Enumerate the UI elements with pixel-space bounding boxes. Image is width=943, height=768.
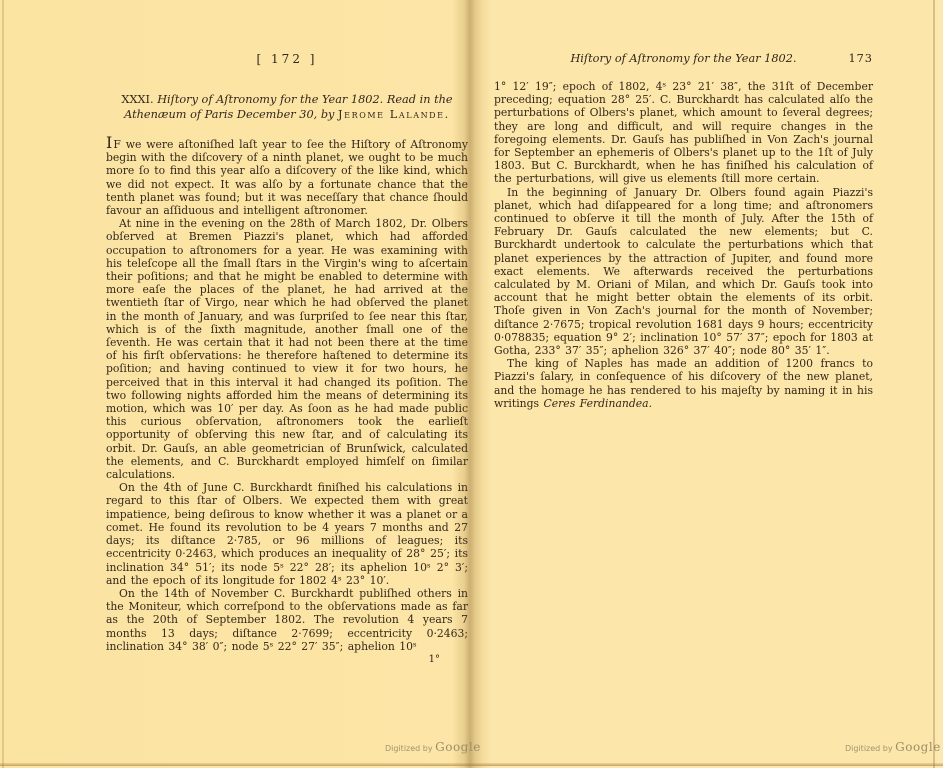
article-heading: XXXI. Hiſtory of Aſtronomy for the Year … xyxy=(106,92,468,122)
left-page-body: IF we were aſtoniſhed laſt year to ſee t… xyxy=(106,138,468,653)
watermark-prefix: Digitized by xyxy=(845,744,895,753)
ceres-ferdinandea-name: Ceres Ferdinandea. xyxy=(544,397,653,410)
paragraph: The king of Naples has made an addition … xyxy=(494,357,873,410)
paragraph: On the 4th of June C. Burckhardt finiſhe… xyxy=(106,481,468,587)
paragraph: At nine in the evening on the 28th of Ma… xyxy=(106,217,468,481)
paragraph: In the beginning of January Dr. Olbers f… xyxy=(494,186,873,358)
paragraph: IF we were aſtoniſhed laſt year to ſee t… xyxy=(106,138,468,217)
watermark-prefix: Digitized by xyxy=(385,744,435,753)
paragraph-text: F we were aſtoniſhed laſt year to ſee th… xyxy=(106,138,468,217)
paragraph: On the 14th of November C. Burckhardt pu… xyxy=(106,587,468,653)
running-header: Hiſtory of Aſtronomy for the Year 1802. … xyxy=(494,52,873,65)
running-header-title: Hiſtory of Aſtronomy for the Year 1802. xyxy=(570,52,796,65)
digitized-by-google-watermark: Digitized by Google xyxy=(845,740,927,754)
catchword: 1° xyxy=(106,654,468,665)
page-edge-bottom xyxy=(0,763,943,766)
google-logo-text: Google xyxy=(435,740,481,754)
book-spread: [ 172 ] XXXI. Hiſtory of Aſtronomy for t… xyxy=(0,0,943,768)
paragraph: 1° 12′ 19″; epoch of 1802, 4ˢ 23° 21′ 38… xyxy=(494,80,873,186)
right-page-number: 173 xyxy=(848,52,873,65)
article-number: XXXI. xyxy=(121,93,153,106)
left-page-number: [ 172 ] xyxy=(106,52,468,66)
page-edge-right xyxy=(933,0,935,768)
right-page: Hiſtory of Aſtronomy for the Year 1802. … xyxy=(494,52,873,410)
book-gutter-shadow xyxy=(452,0,492,768)
google-logo-text: Google xyxy=(895,740,941,754)
page-edge-left xyxy=(2,0,4,768)
article-title-line2: Athenæum of Paris December 30, by xyxy=(124,108,338,121)
right-page-body: 1° 12′ 19″; epoch of 1802, 4ˢ 23° 21′ 38… xyxy=(494,80,873,410)
digitized-by-google-watermark: Digitized by Google xyxy=(385,740,465,754)
left-page: [ 172 ] XXXI. Hiſtory of Aſtronomy for t… xyxy=(106,52,468,665)
article-author: Jerome Lalande. xyxy=(338,108,450,121)
article-title-line1: Hiſtory of Aſtronomy for the Year 1802. … xyxy=(157,93,452,106)
